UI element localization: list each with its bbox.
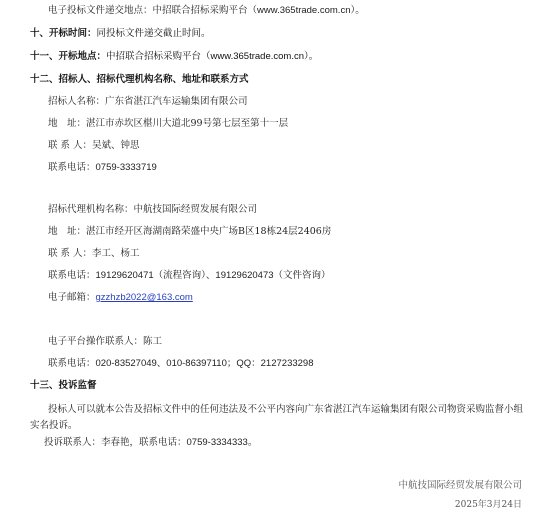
- section-10-title: 十、开标时间：: [30, 28, 97, 39]
- signature-company: 中航技国际经贸发展有限公司: [398, 479, 522, 493]
- agency-email-label: 电子邮箱：: [48, 292, 96, 303]
- agency-name: 中航技国际经贸发展有限公司: [134, 204, 258, 215]
- agency-name-label: 招标代理机构名称：: [48, 204, 134, 215]
- agency-address-line: 地 址：湛江市经开区海湖南路荣盛中央广场B区18栋24层2406房: [48, 225, 331, 239]
- tenderer-contact-line: 联 系 人：吴斌、钟思: [48, 139, 140, 153]
- agency-phone-1-note: （流程咨询）、: [154, 270, 216, 281]
- complaint-suffix: 。: [248, 437, 258, 448]
- section-11: 十一、开标地点：中招联合招标采购平台（www.365trade.com.cn）。: [30, 50, 318, 64]
- platform-contact: 陈工: [143, 336, 162, 347]
- tenderer-phone-line: 联系电话：0759-3333719: [48, 161, 157, 175]
- section-13-title: 十三、投诉监督: [30, 379, 97, 393]
- agency-phone-line: 联系电话：19129620471（流程咨询）、19129620473（文件咨询）: [48, 269, 331, 283]
- agency-email-link[interactable]: gzzhzb2022@163.com: [96, 292, 193, 303]
- section-10: 十、开标时间：同投标文件递交截止时间。: [30, 27, 211, 41]
- agency-phone-2-note: （文件咨询）: [274, 270, 331, 281]
- section-12-title: 十二、招标人、招标代理机构名称、地址和联系方式: [30, 73, 249, 87]
- complaint-phone: 0759-3334333: [187, 437, 248, 448]
- agency-address: 湛江市经开区海湖南路荣盛中央广场B区18栋24层2406房: [86, 226, 331, 237]
- tenderer-address-label: 地 址：: [48, 118, 86, 129]
- agency-phone-1: 19129620471: [96, 270, 154, 281]
- tenderer-address-line: 地 址：湛江市赤坎区椹川大道北99号第七层至第十一层: [48, 117, 288, 131]
- agency-phone-label: 联系电话：: [48, 270, 96, 281]
- tenderer-name-label: 招标人名称：: [48, 96, 105, 107]
- platform-phone-line: 联系电话：020-83527049、010-86397110；QQ：212723…: [48, 357, 314, 371]
- section-10-text: 同投标文件递交截止时间。: [97, 28, 211, 39]
- agency-name-line: 招标代理机构名称：中航技国际经贸发展有限公司: [48, 203, 257, 217]
- agency-contact: 李工、杨工: [92, 248, 140, 259]
- agency-contact-line: 联 系 人：李工、杨工: [48, 247, 140, 261]
- signature-date: 2025年3月24日: [455, 498, 522, 512]
- section-11-title: 十一、开标地点：: [30, 51, 106, 62]
- agency-contact-label: 联 系 人：: [48, 248, 92, 259]
- tenderer-address: 湛江市赤坎区椹川大道北99号第七层至第十一层: [86, 118, 288, 129]
- platform-contact-label: 电子平台操作联系人：: [48, 336, 143, 347]
- tenderer-phone: 0759-3333719: [96, 162, 157, 173]
- section-13-paragraph: 投标人可以就本公告及招标文件中的任何违法及不公平内容向广东省湛江汽车运输集团有限…: [30, 402, 525, 434]
- section-11-text: 中招联合招标采购平台（: [106, 51, 211, 62]
- complaint-contact-line: 投诉联系人：李春艳，联系电话：0759-3334333。: [44, 436, 257, 450]
- tenderer-phone-label: 联系电话：: [48, 162, 96, 173]
- platform-contact-line: 电子平台操作联系人：陈工: [48, 335, 162, 349]
- submission-location-suffix: ）。: [350, 5, 364, 16]
- submission-location-line: 电子投标文件递交地点：中招联合招标采购平台（www.365trade.com.c…: [48, 4, 365, 18]
- section-11-suffix: ）。: [304, 51, 318, 62]
- complaint-contact: 投诉联系人：李春艳，联系电话：: [44, 437, 187, 448]
- tenderer-name-line: 招标人名称：广东省湛江汽车运输集团有限公司: [48, 95, 248, 109]
- submission-location-label: 电子投标文件递交地点：中招联合招标采购平台（: [48, 5, 257, 16]
- platform-phone-label: 联系电话：: [48, 358, 96, 369]
- tenderer-name: 广东省湛江汽车运输集团有限公司: [105, 96, 248, 107]
- submission-location-url: www.365trade.com.cn: [257, 5, 350, 16]
- agency-address-label: 地 址：: [48, 226, 86, 237]
- section-11-url: www.365trade.com.cn: [211, 51, 304, 62]
- agency-email-line: 电子邮箱：gzzhzb2022@163.com: [48, 291, 193, 305]
- agency-phone-2: 19129620473: [215, 270, 273, 281]
- tenderer-contact-label: 联 系 人：: [48, 140, 92, 151]
- platform-phones: 020-83527049、010-86397110；QQ：2127233298: [96, 358, 314, 369]
- tenderer-contact: 吴斌、钟思: [92, 140, 140, 151]
